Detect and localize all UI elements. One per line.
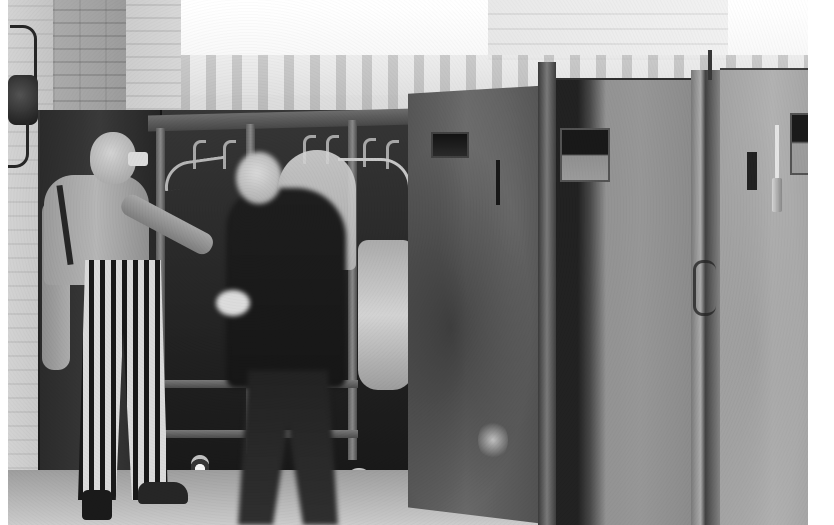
door-chain [693, 260, 716, 316]
door-stain [478, 420, 508, 460]
worker-in-striped-trousers [38, 130, 218, 525]
door-hatch [560, 128, 610, 182]
wall-lamp [8, 25, 42, 170]
lamp-cord-lower [8, 120, 29, 168]
lamp-body [8, 75, 38, 125]
door-frame-rod [708, 50, 712, 80]
photograph: Historical black-and-white photograph: t… [8, 0, 808, 525]
worker-hand [216, 290, 250, 316]
door-peephole-slot [431, 132, 469, 158]
door-handle [496, 160, 500, 205]
door-hatch [790, 113, 808, 175]
striped-trousers [78, 260, 168, 500]
open-door-edge [538, 62, 556, 525]
worker-shoe [138, 482, 188, 504]
door-slot [747, 152, 757, 190]
door-lever [775, 125, 779, 185]
worker-cap-brim [128, 152, 148, 166]
worker-in-dark-clothes [208, 150, 368, 525]
open-metal-door [408, 85, 553, 525]
brick-pillar-secondary [126, 0, 181, 110]
worker-shoe [82, 490, 112, 520]
worker-legs [238, 370, 338, 525]
brick-pillar [53, 0, 133, 115]
brick-wall-upper [488, 0, 728, 60]
worker-body [226, 188, 346, 388]
door-lever-handle [772, 178, 782, 212]
worker-head [236, 152, 282, 204]
